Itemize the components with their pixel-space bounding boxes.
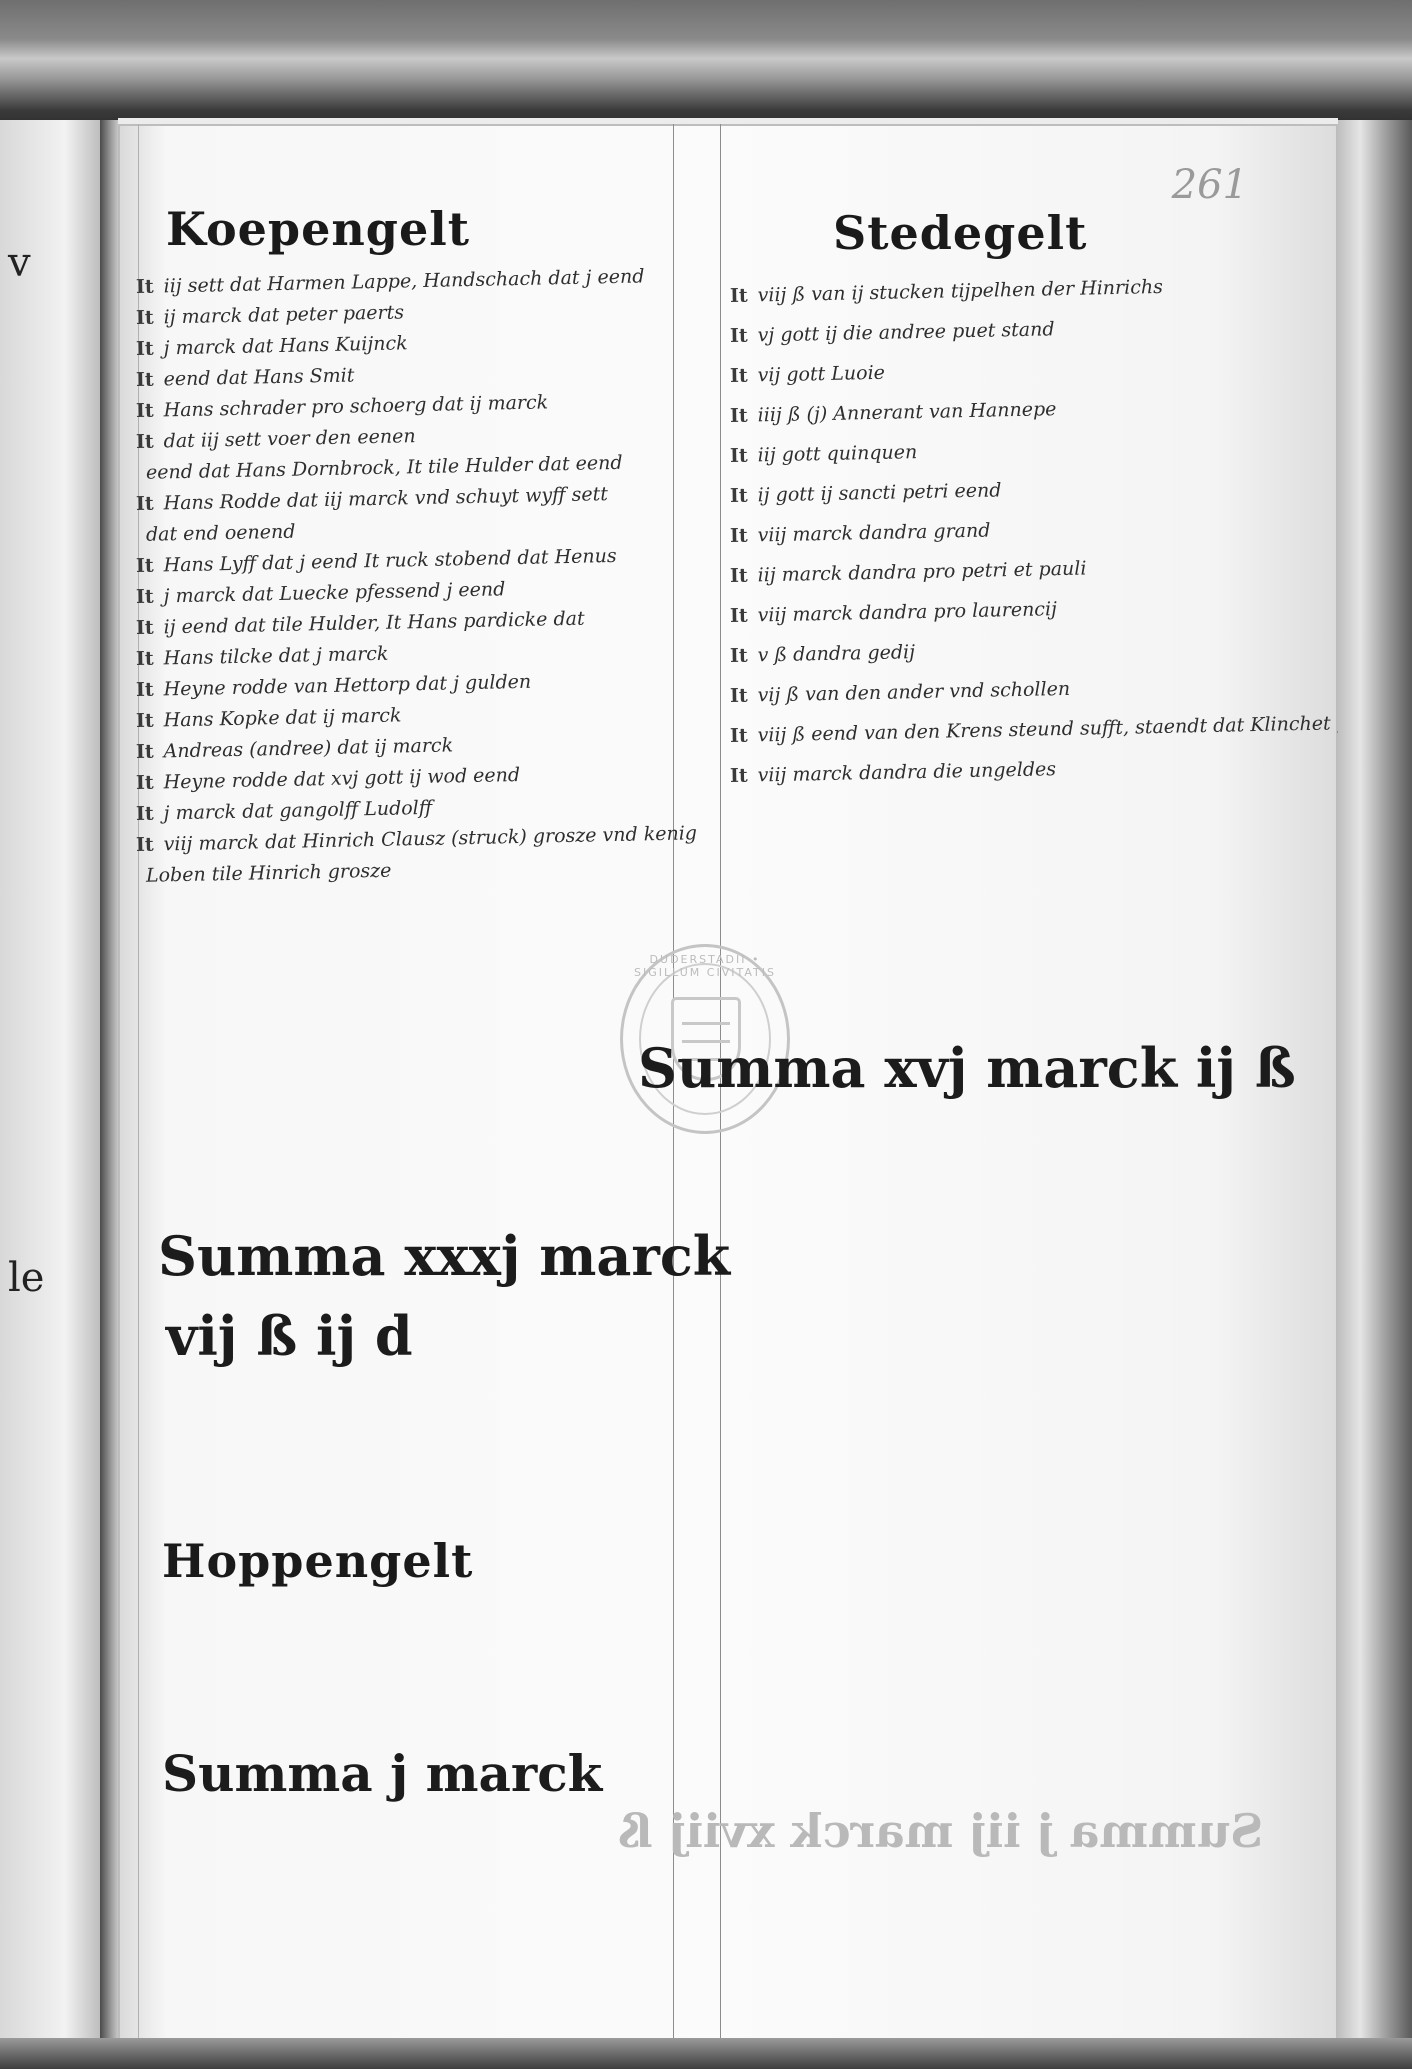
left-column-heading: Koepengelt: [166, 202, 470, 256]
hoppengelt-sum: Summa j marck: [162, 1744, 602, 1803]
left-column-sum-line2: vij ß ij d: [166, 1304, 413, 1368]
folio-number: 261: [1172, 162, 1248, 208]
page-stack-edge: [1338, 120, 1412, 2069]
left-column-sum-line1: Summa xxxj marck: [158, 1224, 730, 1288]
left-column-entries: Itiij sett dat Harmen Lappe, Handschach …: [136, 272, 697, 892]
facing-page-fragment: le: [8, 1255, 44, 1301]
right-column-heading: Stedegelt: [833, 206, 1087, 260]
facing-page-fragment: v: [8, 240, 31, 286]
right-column-entries: Itviij ß van ij stucken tijpelhen der Hi…: [730, 276, 1412, 796]
scan-top-border: [0, 0, 1412, 130]
stamp-legend: DUDERSTADII • SIGILLUM CIVITATIS: [623, 953, 787, 979]
right-column-sum: Summa xvj marck ij ß: [638, 1036, 1296, 1100]
manuscript-page: 261 Koepengelt Itiij sett dat Harmen Lap…: [118, 118, 1338, 2044]
bleed-through-text: Summa j iij marck xviij ß: [618, 1804, 1263, 1858]
hoppengelt-heading: Hoppengelt: [162, 1534, 473, 1588]
scan-bottom-border: [0, 2038, 1412, 2069]
